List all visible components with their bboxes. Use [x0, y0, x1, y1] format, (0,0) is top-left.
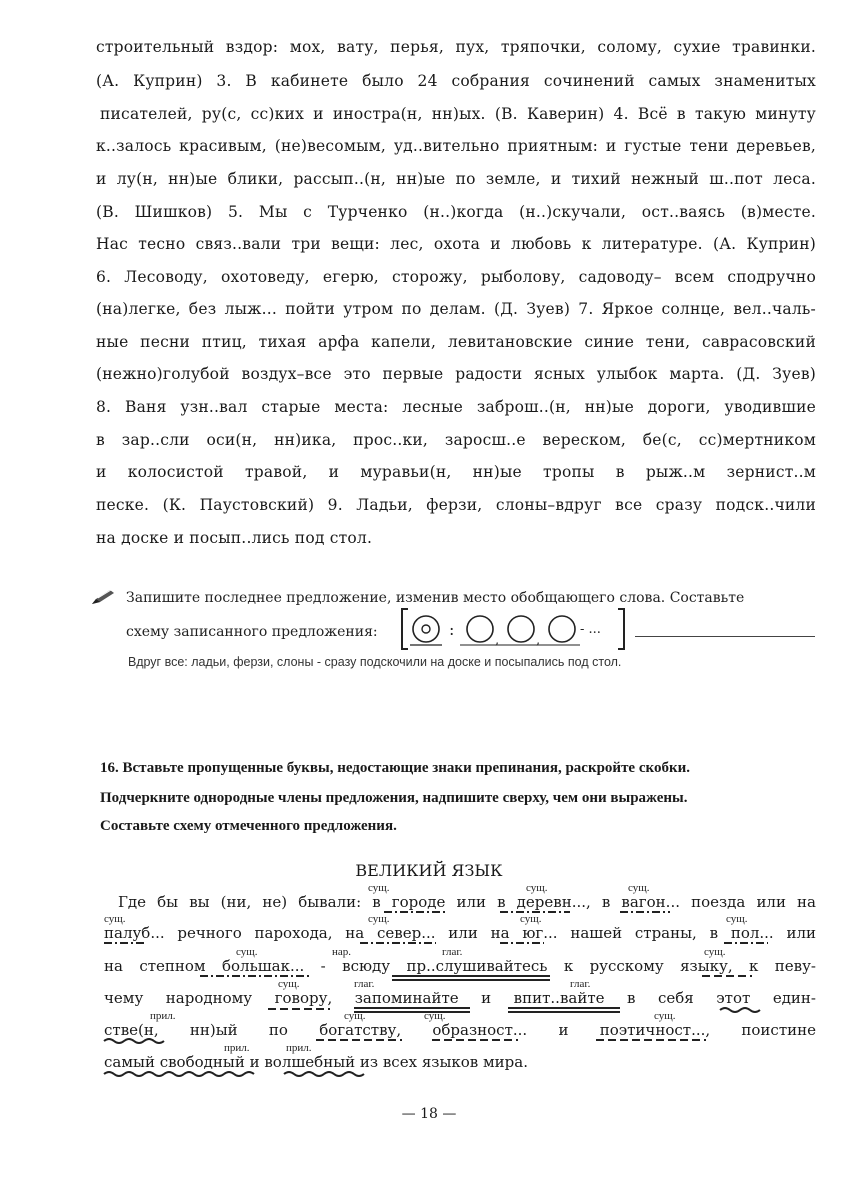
exercise-line: 8. Ваня узн..вал старые места: лесные за… [96, 398, 816, 416]
exercise-line: ные песни птиц, тихая арфа капели, левит… [96, 333, 816, 351]
exercise-line: песке. (К. Паустовский) 9. Ладьи, ферзи,… [96, 496, 816, 514]
pencil-icon [90, 588, 116, 606]
svg-text::: : [449, 620, 454, 639]
text-line: на степном большак... - всюду пр..слушив… [104, 957, 816, 975]
text-line: самый свободный и волшебный из всех язык… [104, 1053, 816, 1071]
exercise-line: на доске и посып..лись под стол. [96, 529, 816, 547]
task-instruction: Запишите последнее предложение, изменив … [126, 590, 744, 606]
exercise-line: и колосистой травой, и муравьи(н, нн)ые … [96, 463, 816, 481]
exercise-line: писателей, ру(с, сс)ких и иностра(н, нн)… [100, 105, 816, 123]
text-line: палуб... речного парохода, на север... и… [104, 924, 816, 942]
task-heading: 16. Вставьте пропущенные буквы, недостаю… [100, 760, 690, 777]
exercise-line: (нежно)голубой воздух–все это первые рад… [96, 365, 816, 383]
answer-line [635, 636, 815, 637]
exercise-line: в зар..сли оси(н, нн)ика, прос..ки, заро… [96, 431, 816, 449]
exercise-line: к..залось красивым, (не)весомым, уд..вит… [96, 137, 816, 155]
svg-text:,: , [536, 633, 540, 648]
exercise-line: (В. Шишков) 5. Мы с Турченко (н..)когда … [96, 203, 816, 221]
exercise-line: (на)легке, без лыж... пойти утром по дел… [96, 300, 816, 318]
task-heading: Подчеркните однородные члены предложения… [100, 790, 688, 807]
task-instruction: схему записанного предложения: [126, 624, 378, 640]
task-heading: Составьте схему отмеченного предложения. [100, 818, 397, 835]
svg-text:,: , [495, 633, 499, 648]
text-line: Где бы вы (ни, не) бывали: в городе или … [118, 893, 816, 911]
page-number: — 18 — [0, 1106, 858, 1122]
exercise-line: Нас тесно связ..вали три вещи: лес, охот… [96, 235, 816, 253]
text-title: ВЕЛИКИЙ ЯЗЫК [0, 861, 858, 880]
exercise-line: (А. Куприн) 3. В кабинете было 24 собран… [96, 72, 816, 90]
svg-text:- ...: - ... [580, 622, 601, 637]
workbook-page: строительный вздор: мох, вату, перья, пу… [0, 0, 858, 1179]
text-line: стве(н, нн)ый по богатству, образност...… [104, 1021, 816, 1039]
exercise-line: строительный вздор: мох, вату, перья, пу… [96, 38, 816, 56]
sentence-scheme: : , , - ... [400, 607, 630, 651]
handwritten-answer: Вдруг все: ладьи, ферзи, слоны - сразу п… [128, 655, 621, 669]
exercise-line: и лу(н, нн)ые блики, рассып..(н, нн)ые п… [96, 170, 816, 188]
text-line: чему народному говору, запоминайте и впи… [104, 989, 816, 1007]
exercise-line: 6. Лесоводу, охотоведу, егерю, сторожу, … [96, 268, 816, 286]
